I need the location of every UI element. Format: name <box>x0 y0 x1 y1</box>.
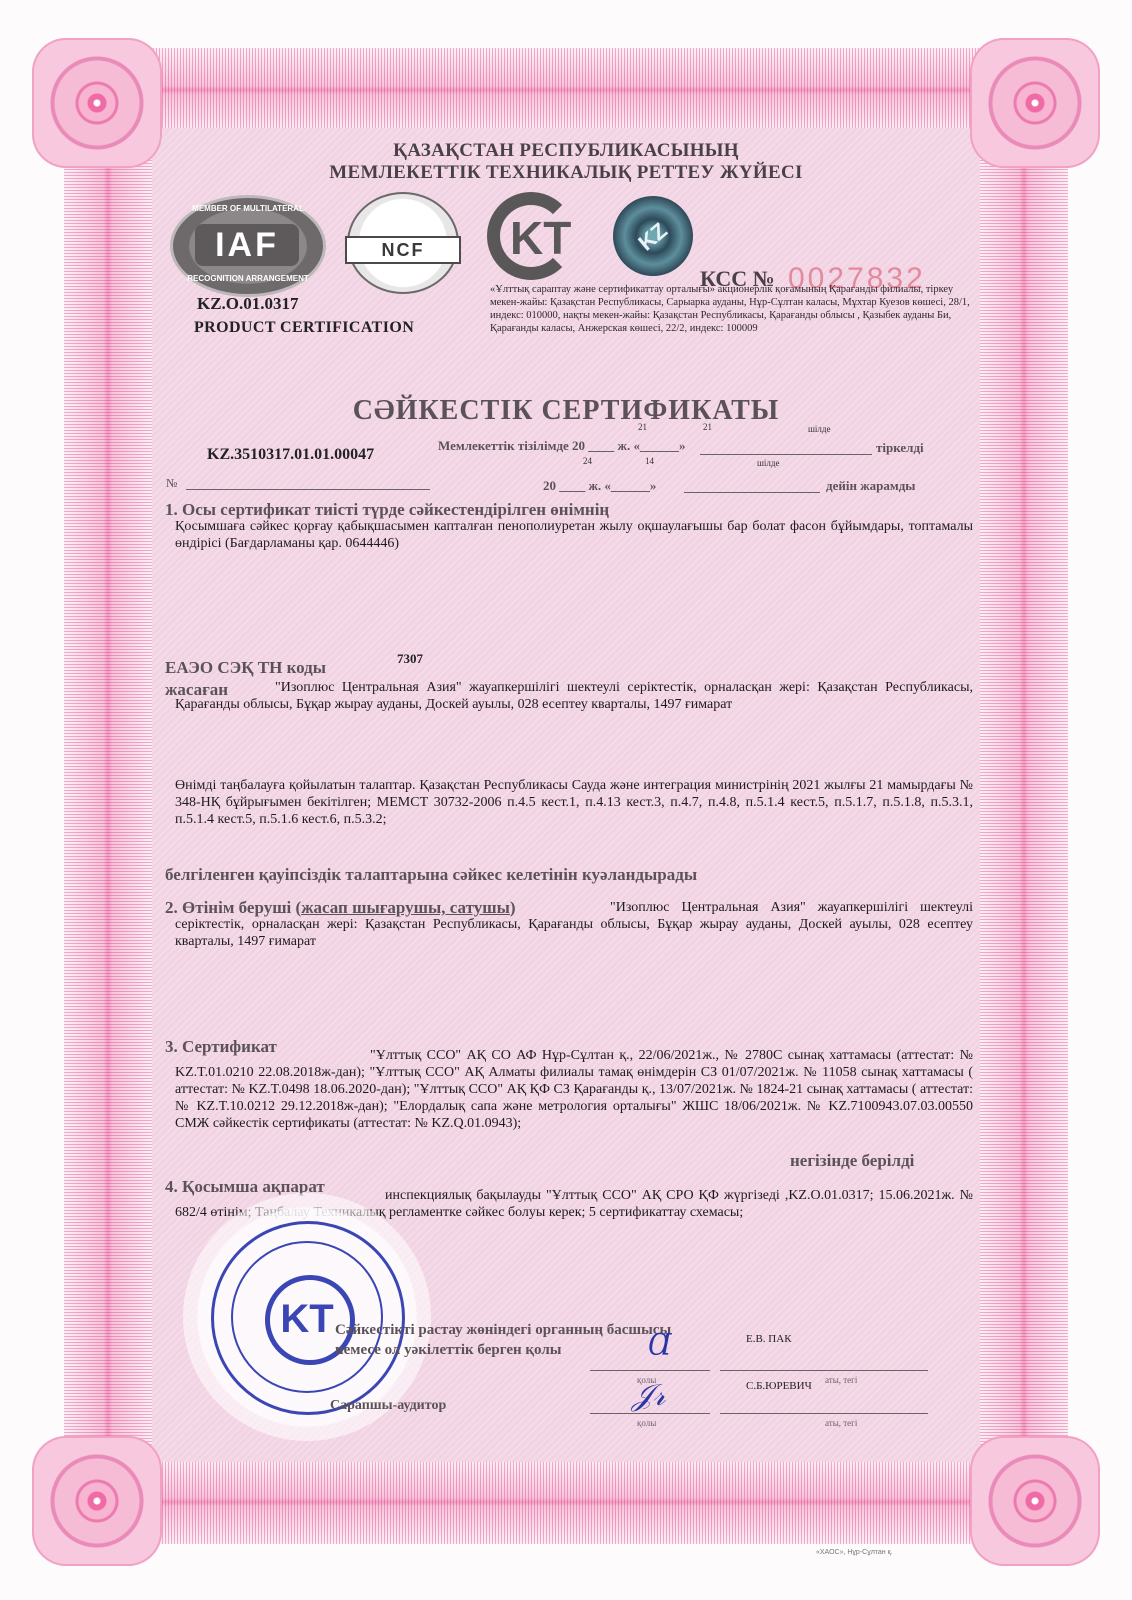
head-signature-label-2: немесе ол уәкілеттік берген қолы <box>335 1342 561 1359</box>
section-3-body: "Ұлттық ССО" АҚ СО АФ Нұр-Сұлтан қ., 22/… <box>175 1047 973 1132</box>
name-caption: аты, тегі <box>825 1418 857 1428</box>
number-line <box>186 489 430 490</box>
auditor-name-line <box>720 1413 928 1414</box>
iaf-ring-top: MEMBER OF MULTILATERAL <box>173 204 323 213</box>
decorative-border-bottom <box>150 1460 982 1544</box>
head-signature-line <box>590 1370 710 1371</box>
decorative-border-left <box>64 130 152 1466</box>
printer-imprint: «ХАОС», Нұр-Сұлтан қ. <box>816 1549 893 1556</box>
document-title: СӘЙКЕСТІК СЕРТИФИКАТЫ <box>152 395 980 427</box>
rosette-ornament-icon <box>970 38 1100 168</box>
accreditation-text: PRODUCT CERTIFICATION <box>194 319 414 337</box>
ncf-label: NCF <box>345 236 461 264</box>
validity-year: 24 <box>583 456 592 466</box>
validity-suffix: дейін жарамды <box>826 478 915 494</box>
head-name: Е.В. ПАК <box>746 1333 792 1345</box>
section-1-title: 1. Осы сертификат тиісті түрде сәйкестен… <box>165 500 609 520</box>
rosette-ornament-icon <box>32 38 162 168</box>
auditor-signature-line <box>590 1413 710 1414</box>
iaf-center: IAF <box>195 224 299 266</box>
kt-label: KT <box>510 211 571 265</box>
validity-month: шілде <box>757 458 780 468</box>
ncf-globe-logo-icon: NCF <box>347 192 459 294</box>
hologram-sticker-icon: KZ <box>613 196 693 276</box>
auditor-label: Сарапшы-аудитор <box>330 1398 446 1414</box>
head-signature-icon: Ɑ <box>648 1328 671 1363</box>
validity-month-line <box>684 492 820 493</box>
signature-caption: қолы <box>637 1418 656 1428</box>
name-caption: аты, тегі <box>825 1375 857 1385</box>
manufacturer-body: "Изоплюс Центральная Азия" жауапкершіліг… <box>175 679 973 713</box>
tn-code-value: 7307 <box>397 651 423 667</box>
registration-month-line <box>700 454 872 455</box>
validity-label: 20 ____ ж. «______» <box>543 478 656 494</box>
auditor-name: С.Б.ЮРЕВИЧ <box>746 1380 812 1392</box>
registration-year: 21 <box>638 422 647 432</box>
registration-month: шілде <box>808 424 831 434</box>
registration-day: 21 <box>703 422 712 432</box>
section-2-body: "Изоплюс Центральная Азия" жауапкершіліг… <box>175 899 973 950</box>
kt-conformity-logo-icon: KT <box>487 192 575 280</box>
auditor-signature-icon: 𝒥𝓇 <box>632 1378 665 1413</box>
iaf-logo-icon: MEMBER OF MULTILATERAL IAF RECOGNITION A… <box>170 195 326 297</box>
rosette-ornament-icon <box>32 1436 162 1566</box>
hologram-label: KZ <box>614 201 692 272</box>
number-label: № <box>166 476 177 491</box>
header-line-2: МЕМЛЕКЕТТІК ТЕХНИКАЛЫҚ РЕТТЕУ ЖҮЙЕСІ <box>152 162 980 184</box>
requirements-body: Өнімді таңбалауға қойылатын талаптар. Қа… <box>175 777 973 828</box>
rosette-ornament-icon <box>970 1436 1100 1566</box>
accreditation-code: KZ.O.01.0317 <box>197 294 299 314</box>
registration-suffix: тіркелді <box>876 440 924 456</box>
certificate-id: KZ.3510317.01.01.00047 <box>207 446 374 464</box>
decorative-border-right <box>980 130 1068 1466</box>
issued-basis: негізінде берілді <box>790 1151 914 1171</box>
validity-day: 14 <box>645 456 654 466</box>
decorative-border-top <box>150 48 982 132</box>
head-signature-label-1: Сәйкестікті растау жөніндегі органның ба… <box>335 1322 671 1339</box>
section-1-body: Қосымшаға сәйкес қорғау қабықшасымен кап… <box>175 518 973 552</box>
registration-label: Мемлекеттік тізілімде 20 ____ ж. «______… <box>438 438 685 454</box>
head-name-line <box>720 1370 928 1371</box>
conformity-statement: белгіленген қауіпсіздік талаптарына сәйк… <box>165 865 697 885</box>
issuing-organization: «Ұлттық сараптау және сертификаттау орта… <box>490 283 970 335</box>
header-line-1: ҚАЗАҚСТАН РЕСПУБЛИКАСЫНЫҢ <box>152 140 980 162</box>
tn-code-label: ЕАЭО СЭҚ ТН коды <box>165 658 326 678</box>
iaf-ring-bottom: RECOGNITION ARRANGEMENT <box>173 274 323 283</box>
